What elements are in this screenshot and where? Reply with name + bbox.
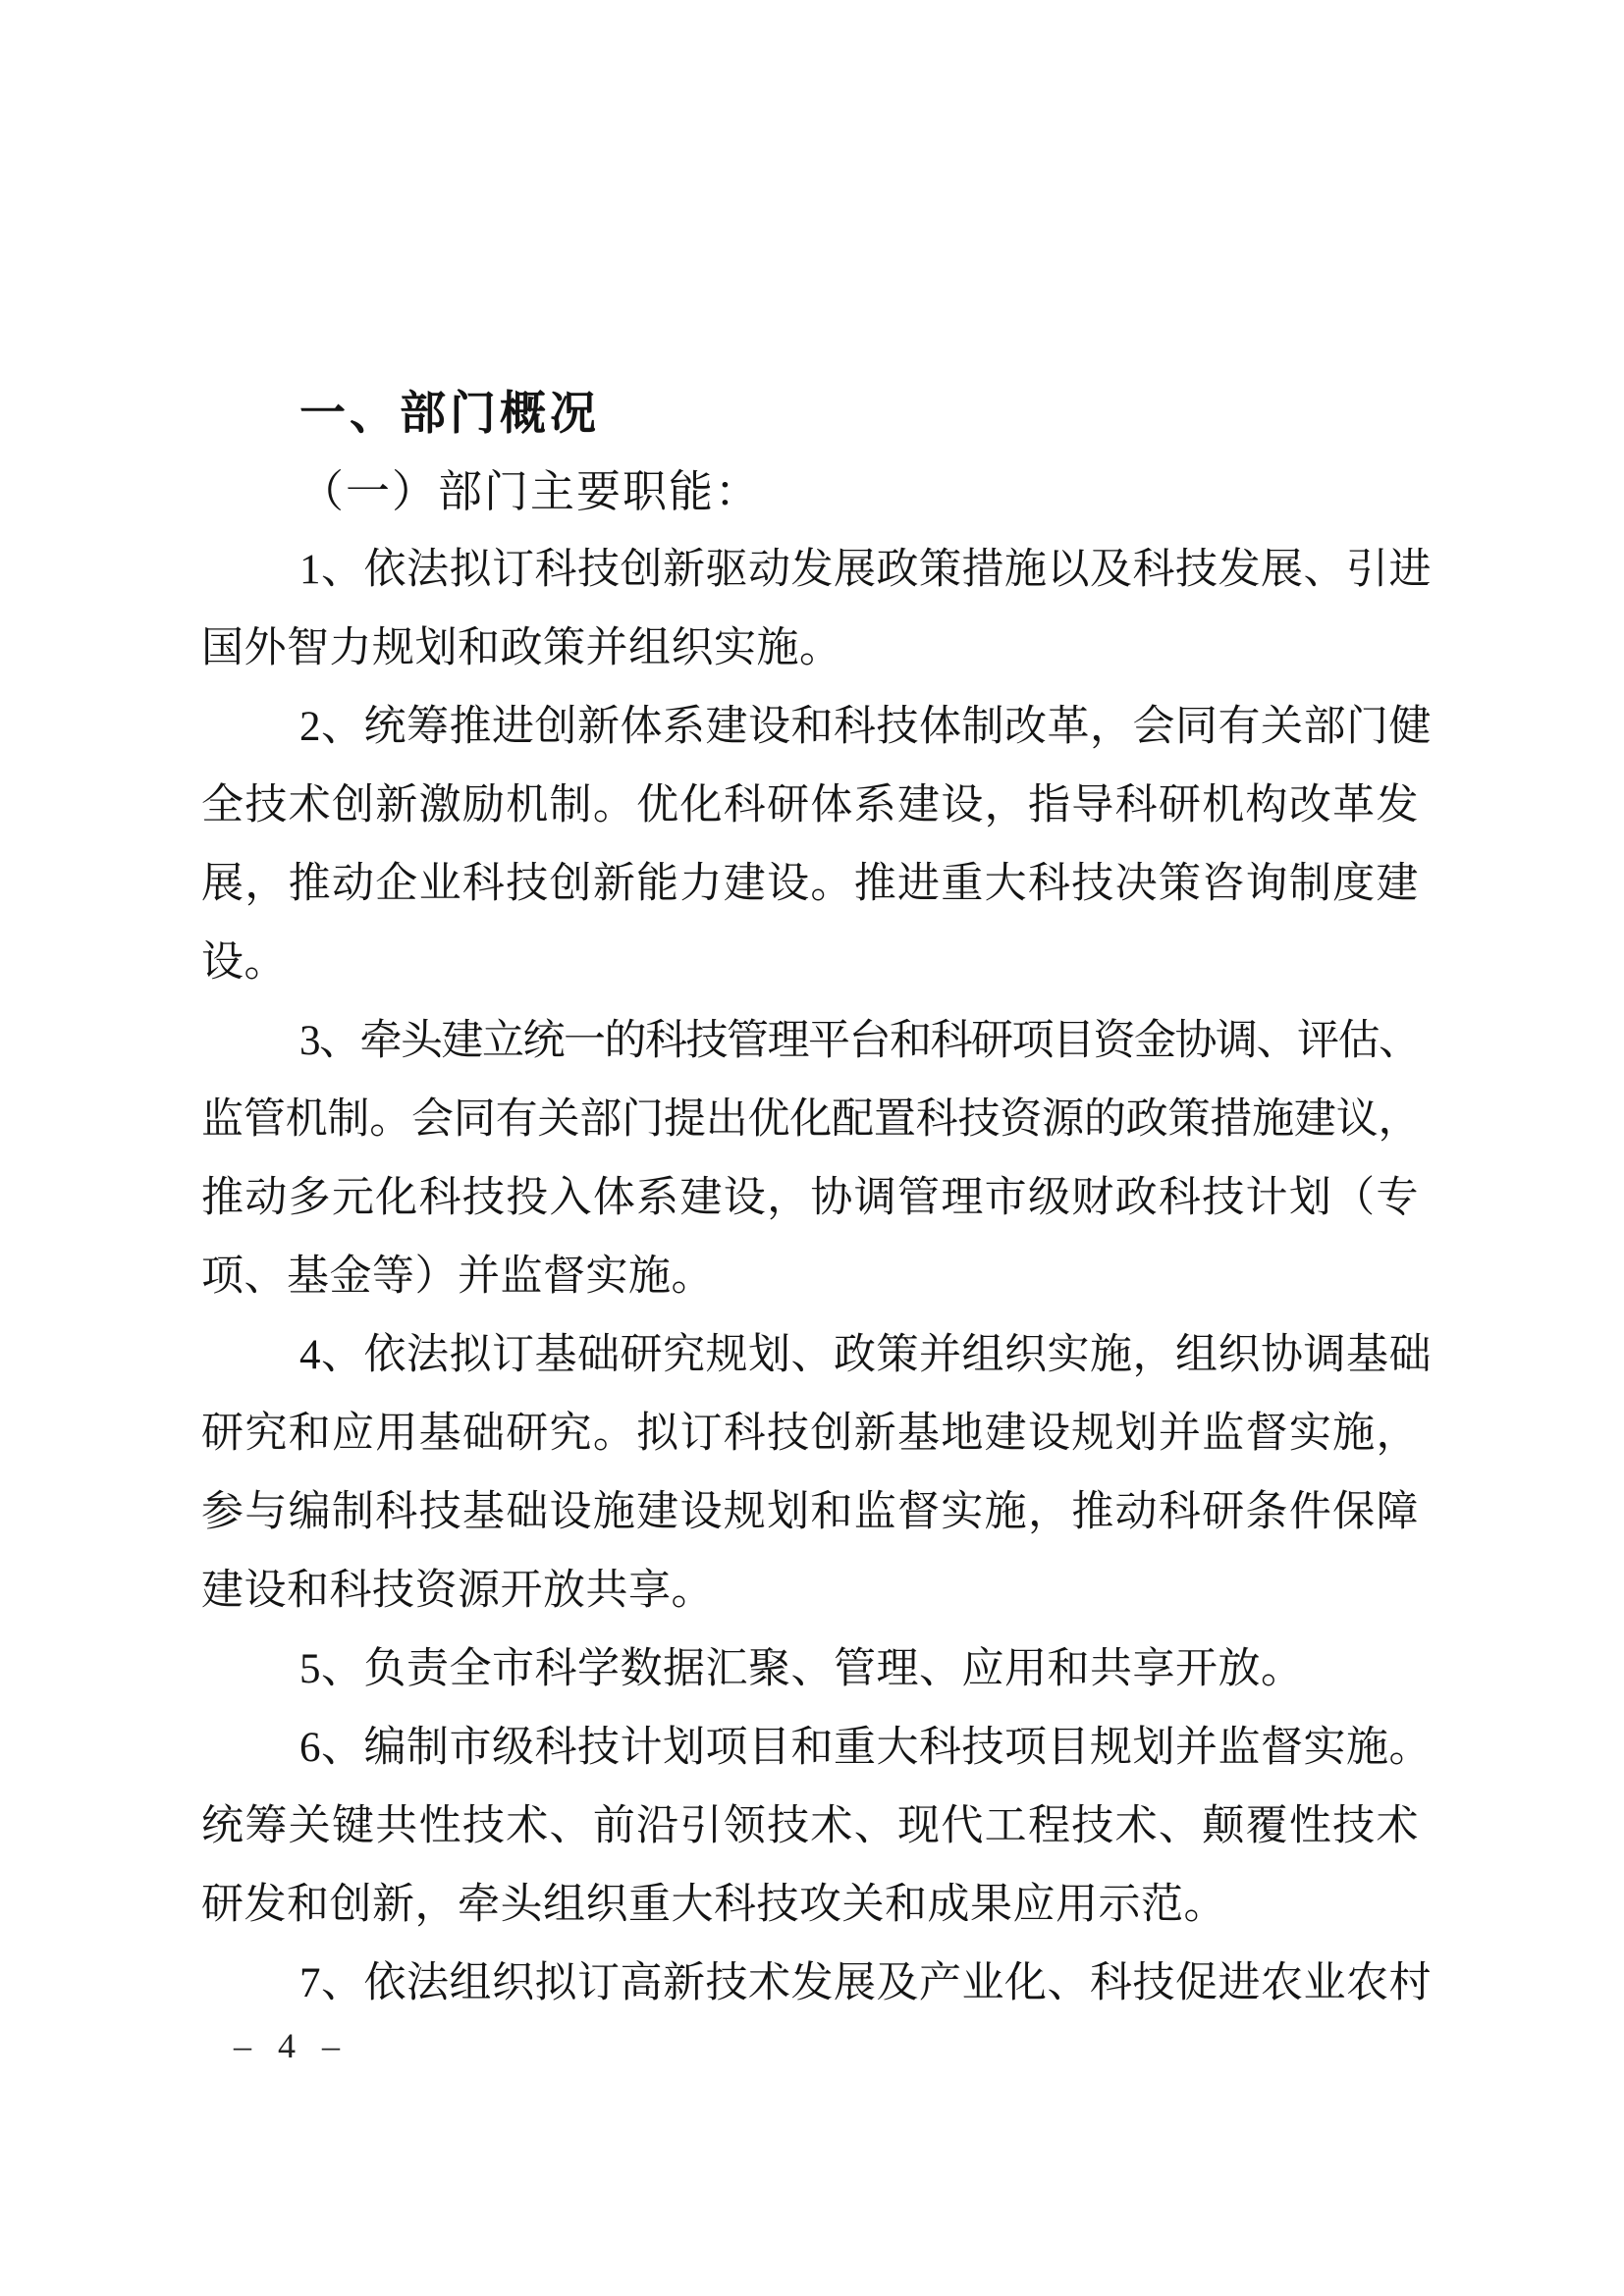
body-line: 推动多元化科技投入体系建设，协调管理市级财政科技计划（专 <box>201 1159 1419 1238</box>
body-line: 3、牵头建立统一的科技管理平台和科研项目资金协调、评估、 <box>201 1002 1419 1081</box>
body-line: 建设和科技资源开放共享。 <box>201 1552 1419 1630</box>
body-line: 展，推动企业科技创新能力建设。推进重大科技决策咨询制度建 <box>201 845 1419 924</box>
body-line: 6、编制市级科技计划项目和重大科技项目规划并监督实施。 <box>201 1709 1419 1788</box>
body-line: 4、依法拟订基础研究规划、政策并组织实施，组织协调基础 <box>201 1316 1419 1395</box>
body-line: 5、负责全市科学数据汇聚、管理、应用和共享开放。 <box>201 1630 1419 1709</box>
body-line: 1、依法拟订科技创新驱动发展政策措施以及科技发展、引进 <box>201 531 1419 610</box>
body-line: 2、统筹推进创新体系建设和科技体制改革，会同有关部门健 <box>201 688 1419 767</box>
body-line: 项、基金等）并监督实施。 <box>201 1238 1419 1316</box>
page-number: – 4 – <box>234 2024 349 2067</box>
body-line: 研发和创新，牵头组织重大科技攻关和成果应用示范。 <box>201 1866 1419 1945</box>
document-page: 一、部门概况 （一）部门主要职能： 1、依法拟订科技创新驱动发展政策措施以及科技… <box>0 0 1624 2296</box>
body-line: 研究和应用基础研究。拟订科技创新基地建设规划并监督实施， <box>201 1395 1419 1473</box>
body-line: 7、依法组织拟订高新技术发展及产业化、科技促进农业农村 <box>201 1945 1419 2023</box>
body-line: 全技术创新激励机制。优化科研体系建设，指导科研机构改革发 <box>201 767 1419 845</box>
body-line: 统筹关键共性技术、前沿引领技术、现代工程技术、颠覆性技术 <box>201 1788 1419 1866</box>
body-line: 设。 <box>201 924 1419 1002</box>
subsection-heading: （一）部门主要职能： <box>201 453 1419 531</box>
body-line: 监管机制。会同有关部门提出优化配置科技资源的政策措施建议， <box>201 1081 1419 1159</box>
body-line: 参与编制科技基础设施建设规划和监督实施，推动科研条件保障 <box>201 1473 1419 1552</box>
section-heading: 一、部门概况 <box>201 374 1419 453</box>
body-line: 国外智力规划和政策并组织实施。 <box>201 610 1419 688</box>
document-body: 一、部门概况 （一）部门主要职能： 1、依法拟订科技创新驱动发展政策措施以及科技… <box>201 374 1419 2023</box>
